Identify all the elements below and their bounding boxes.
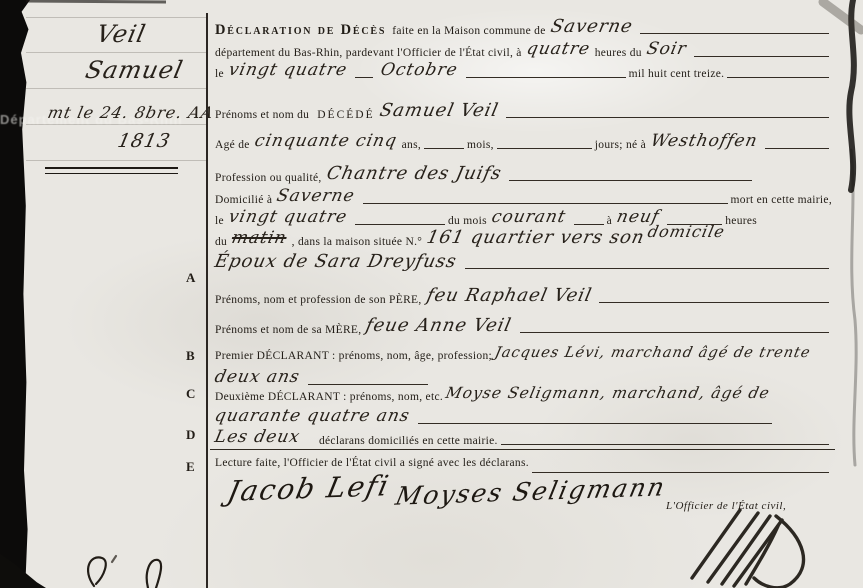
hw-house-number: 161 quartier vers son [425, 227, 647, 248]
printed-ans: ans, [402, 139, 421, 151]
margin-note-underline [45, 167, 178, 174]
fill-line [363, 193, 728, 204]
hw-age: cinquante cinq [253, 131, 399, 151]
printed-le2: le [215, 215, 224, 227]
hw-declarant1: Jacques Lévi, marchand âgé de trente [493, 345, 812, 361]
line-profession: Profession ou qualité, Chantre des Juifs [215, 165, 832, 184]
fill-line [466, 67, 626, 78]
printed-profession: Profession ou qualité, [215, 172, 322, 184]
death-record-scan: Département du Bas-Rhin Veil Samuel mt l… [0, 0, 863, 588]
row-letter-e: E [186, 459, 195, 475]
margin-note-year: 1813 [116, 130, 173, 152]
fill-line [308, 374, 428, 385]
line-mother: Prénoms et nom de sa MÈRE, feue Anne Vei… [215, 317, 832, 336]
row-letter-a: A [186, 270, 196, 286]
fill-line [509, 170, 752, 181]
fill-line [599, 292, 829, 303]
fill-line [465, 258, 829, 269]
margin-note-surname: Veil [94, 20, 149, 48]
fill-line [355, 214, 445, 225]
fill-line [424, 138, 464, 149]
printed-domicilie: Domicilié à [215, 194, 272, 206]
fill-line [418, 413, 772, 424]
line-domiciled: Les deux déclarans domiciliés en cette m… [215, 429, 832, 448]
printed-du2: du [215, 236, 227, 248]
hw-day: vingt quatre [227, 60, 349, 80]
margin-ruled-line [26, 52, 206, 53]
fill-line [355, 67, 373, 78]
hw-death-day: vingt quatre [227, 207, 349, 227]
printed-age-de: Agé de [215, 139, 250, 151]
printed-departement: département du Bas-Rhin, pardevant l'Off… [215, 47, 522, 59]
printed-decede-caps: DÉCÉDÉ [317, 109, 374, 121]
printed-le: le [215, 68, 224, 80]
fill-line [501, 434, 829, 445]
hw-period: Soir [645, 39, 689, 59]
hw-mother: feue Anne Veil [364, 315, 514, 336]
hw-domicile: domicile [646, 222, 727, 241]
fill-line [640, 23, 829, 34]
hw-declarant1-age: deux ans [213, 367, 302, 387]
hw-matin-struck: matin [230, 228, 289, 248]
printed-jours-ne: jours; né à [595, 139, 646, 151]
hw-commune: Saverne [548, 16, 634, 37]
line-decede: Prénoms et nom du DÉCÉDÉ Samuel Veil [215, 102, 832, 121]
line-father: Prénoms, nom et profession de son PÈRE, … [215, 287, 832, 306]
signature-declarant1: Jacob Lefi [225, 469, 394, 508]
hw-month: Octobre [379, 60, 460, 80]
printed-du-mois: du mois [448, 215, 487, 227]
line-domicile: Domicilié à Saverne mort en cette mairie… [215, 188, 832, 207]
line-declaration: Déclaration de Décès faite en la Maison … [215, 18, 832, 37]
section-divider [210, 449, 835, 450]
line-age: Agé de cinquante cinq ans, mois, jours; … [215, 133, 832, 152]
printed-prenoms-decede: Prénoms et nom du [215, 109, 309, 121]
line-departement: département du Bas-Rhin, pardevant l'Off… [215, 41, 832, 60]
fill-line [574, 214, 604, 225]
scan-top-smudge [26, 0, 166, 3]
line-death-date: le vingt quatre du mois courant à neuf h… [215, 209, 832, 228]
line-spouse: Époux de Sara Dreyfuss [215, 253, 832, 272]
printed-maison-situee: , dans la maison située N.° [292, 236, 423, 248]
printed-mort-mairie: mort en cette mairie, [731, 194, 832, 206]
line-declarant1: Premier DÉCLARANT : prénoms, nom, âge, p… [215, 347, 832, 366]
printed-a: à [607, 215, 612, 227]
fill-line [694, 46, 829, 57]
hw-residence: Saverne [275, 186, 357, 206]
printed-declarant2: Deuxième DÉCLARANT : prénoms, nom, etc. [215, 391, 443, 403]
officer-signature-scrawl [678, 504, 838, 588]
hw-hour: quatre [525, 39, 592, 59]
hw-les-deux: Les deux [213, 427, 302, 447]
row-letter-d: D [186, 427, 196, 443]
hw-deceased-name: Samuel Veil [377, 100, 500, 121]
signature-declarant2: Moyses Seligmann [393, 472, 669, 511]
line-date: le vingt quatre Octobre mil huit cent tr… [215, 62, 832, 81]
row-letter-c: C [186, 386, 196, 402]
line-death-place: du matin , dans la maison située N.° 161… [215, 229, 832, 248]
fill-line [506, 107, 829, 118]
hw-declarant2: Moyse Seligmann, marchand, âgé de [444, 384, 772, 402]
hw-death-month: courant [490, 207, 568, 227]
margin-ruled-line [26, 160, 206, 161]
printed-domicilies: déclarans domiciliés en cette mairie. [319, 435, 498, 447]
margin-ruled-line [26, 17, 206, 18]
fill-line [765, 138, 829, 149]
printed-pere: Prénoms, nom et profession de son PÈRE, [215, 294, 422, 306]
declaration-rest: faite en la Maison commune de [392, 25, 545, 37]
margin-note-date: mt le 24. 8bre. AA [46, 103, 216, 122]
printed-heures-du: heures du [595, 47, 642, 59]
printed-year: mil huit cent treize. [629, 68, 725, 80]
fill-line [532, 462, 829, 473]
printed-lecture: Lecture faite, l'Officier de l'État civi… [215, 457, 529, 469]
margin-ruled-line [26, 88, 206, 89]
hw-birthplace: Westhoffen [649, 131, 760, 151]
margin-vertical-rule [206, 13, 208, 588]
declaration-title: Déclaration de Décès [215, 22, 386, 39]
printed-mois: mois, [467, 139, 494, 151]
fill-line [497, 138, 592, 149]
fill-line [727, 67, 829, 78]
hw-profession: Chantre des Juifs [324, 163, 503, 184]
margin-note-firstname: Samuel [83, 56, 186, 84]
printed-heures: heures [725, 215, 757, 227]
line-declarant2: Deuxième DÉCLARANT : prénoms, nom, etc. … [215, 386, 832, 405]
fill-line [520, 322, 829, 333]
hw-father: feu Raphael Veil [424, 285, 593, 306]
line-declarant2-cont: quarante quatre ans [215, 408, 832, 427]
hw-spouse: Époux de Sara Dreyfuss [213, 251, 459, 272]
row-letter-b: B [186, 348, 195, 364]
partial-handwriting-bottom [52, 550, 232, 588]
printed-mere: Prénoms et nom de sa MÈRE, [215, 324, 361, 336]
hw-declarant2-age: quarante quatre ans [213, 406, 412, 426]
printed-declarant1: Premier DÉCLARANT : prénoms, nom, âge, p… [215, 350, 492, 362]
